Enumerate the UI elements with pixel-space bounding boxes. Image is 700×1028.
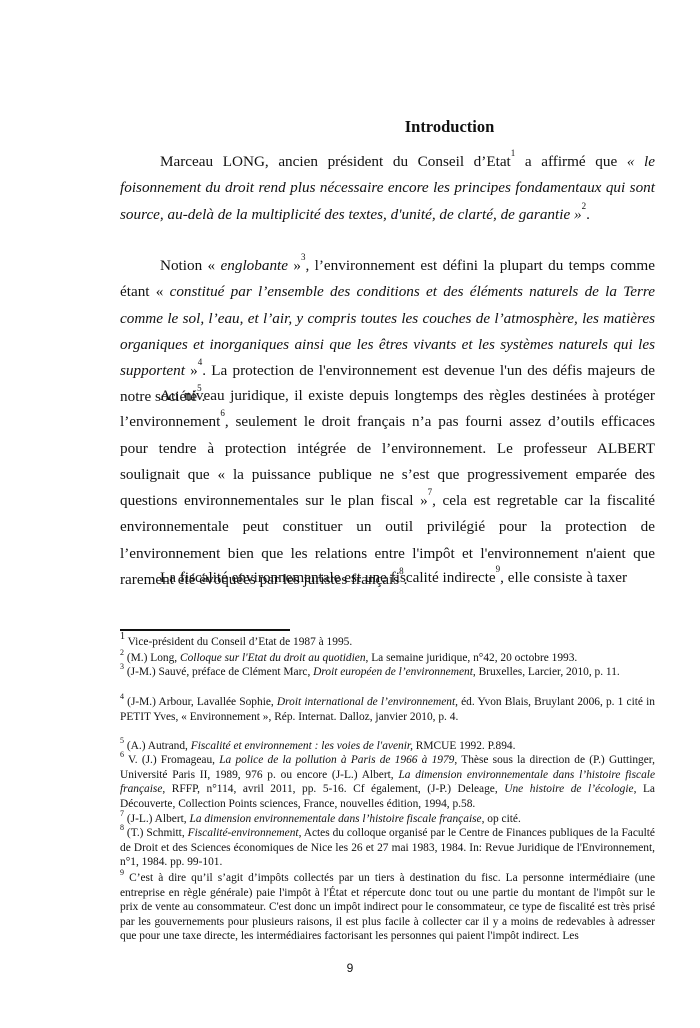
italic-text: Fiscalité-environnement bbox=[188, 827, 299, 839]
text: » bbox=[185, 362, 198, 379]
footnote-marker: 4 bbox=[120, 692, 124, 701]
text: (A.) Autrand, bbox=[124, 740, 191, 752]
footnote-marker: 6 bbox=[220, 408, 225, 418]
footnote: 8 (T.) Schmitt, Fiscalité-environnement,… bbox=[120, 826, 655, 870]
footnote-marker: 7 bbox=[428, 487, 433, 497]
footnote: 9 C’est à dire qu’il s’agit d’impôts col… bbox=[120, 871, 655, 944]
text: (J-L.) Albert, bbox=[124, 813, 189, 825]
italic-text: La dimension environnementale dans l’his… bbox=[189, 813, 481, 825]
text: . bbox=[586, 206, 590, 223]
footnote-marker: 3 bbox=[301, 252, 306, 262]
italic-text: Fiscalité et environnement : les voies d… bbox=[191, 740, 413, 752]
footnote-marker: 8 bbox=[120, 823, 124, 832]
text: , Bruxelles, Larcier, 2010, p. 11. bbox=[473, 666, 620, 678]
paragraph: La fiscalité environnementale est une fi… bbox=[120, 565, 655, 591]
footnote-marker: 6 bbox=[120, 750, 124, 759]
footnote: 1 Vice-président du Conseil d’Etat de 19… bbox=[120, 635, 655, 650]
footnote-marker: 2 bbox=[582, 201, 587, 211]
text: Notion « bbox=[160, 257, 221, 274]
text: RMCUE 1992. P.894. bbox=[413, 740, 516, 752]
footnote-marker: 2 bbox=[120, 648, 124, 657]
section-title: Introduction bbox=[182, 117, 700, 137]
page-number: 9 bbox=[0, 961, 700, 975]
footnote: 2 (M.) Long, Colloque sur l'Etat du droi… bbox=[120, 651, 655, 666]
text: V. (J.) Fromageau, bbox=[124, 754, 219, 766]
text: (M.) Long, bbox=[124, 652, 180, 664]
footnote-marker: 9 bbox=[496, 564, 501, 574]
text: (T.) Schmitt, bbox=[124, 827, 188, 839]
footnote: 7 (J-L.) Albert, La dimension environnem… bbox=[120, 812, 655, 827]
italic-text: Droit international de l’environnement bbox=[277, 696, 455, 708]
text: , op cité. bbox=[482, 813, 521, 825]
footnote-marker: 9 bbox=[120, 868, 124, 877]
italic-text: Colloque sur l'Etat du droit au quotidie… bbox=[180, 652, 366, 664]
footnote-marker: 1 bbox=[120, 631, 125, 642]
footnote: 3 (J-M.) Sauvé, préface de Clément Marc,… bbox=[120, 665, 655, 680]
text: (J-M.) Sauvé, préface de Clément Marc, bbox=[124, 666, 313, 678]
text: C’est à dire qu’il s’agit d’impôts colle… bbox=[120, 872, 655, 942]
footnote-marker: 3 bbox=[120, 662, 124, 671]
text: , La semaine juridique, n°42, 20 octobre… bbox=[366, 652, 578, 664]
footnote: 4 (J-M.) Arbour, Lavallée Sophie, Droit … bbox=[120, 695, 655, 724]
paragraph: Marceau LONG, ancien président du Consei… bbox=[120, 149, 655, 228]
italic-text: Une histoire de l’écologie bbox=[504, 783, 633, 795]
italic-text: englobante bbox=[221, 257, 288, 274]
text: » bbox=[288, 257, 301, 274]
footnote-marker: 4 bbox=[198, 357, 203, 367]
text: (J-M.) Arbour, Lavallée Sophie, bbox=[124, 696, 277, 708]
footnote: 6 V. (J.) Fromageau, La police de la pol… bbox=[120, 753, 655, 811]
text: , RFFP, n°114, avril 2011, pp. 5-16. Cf … bbox=[162, 783, 504, 795]
text: La fiscalité environnementale est une fi… bbox=[160, 569, 496, 586]
italic-text: La police de la pollution à Paris de 196… bbox=[219, 754, 454, 766]
text: a affirmé que bbox=[515, 153, 627, 170]
footnote-marker: 1 bbox=[511, 148, 516, 158]
footnote-separator bbox=[120, 629, 290, 631]
italic-text: Droit européen de l’environnement bbox=[313, 666, 473, 678]
text: Vice-président du Conseil d’Etat de 1987… bbox=[125, 636, 352, 648]
footnote: 5 (A.) Autrand, Fiscalité et environneme… bbox=[120, 739, 655, 754]
paragraph: Au niveau juridique, il existe depuis lo… bbox=[120, 383, 655, 593]
text: Marceau LONG, ancien président du Consei… bbox=[160, 153, 511, 170]
footnote-marker: 5 bbox=[120, 736, 124, 745]
footnote-marker: 7 bbox=[120, 809, 124, 818]
text: , elle consiste à taxer bbox=[500, 569, 627, 586]
